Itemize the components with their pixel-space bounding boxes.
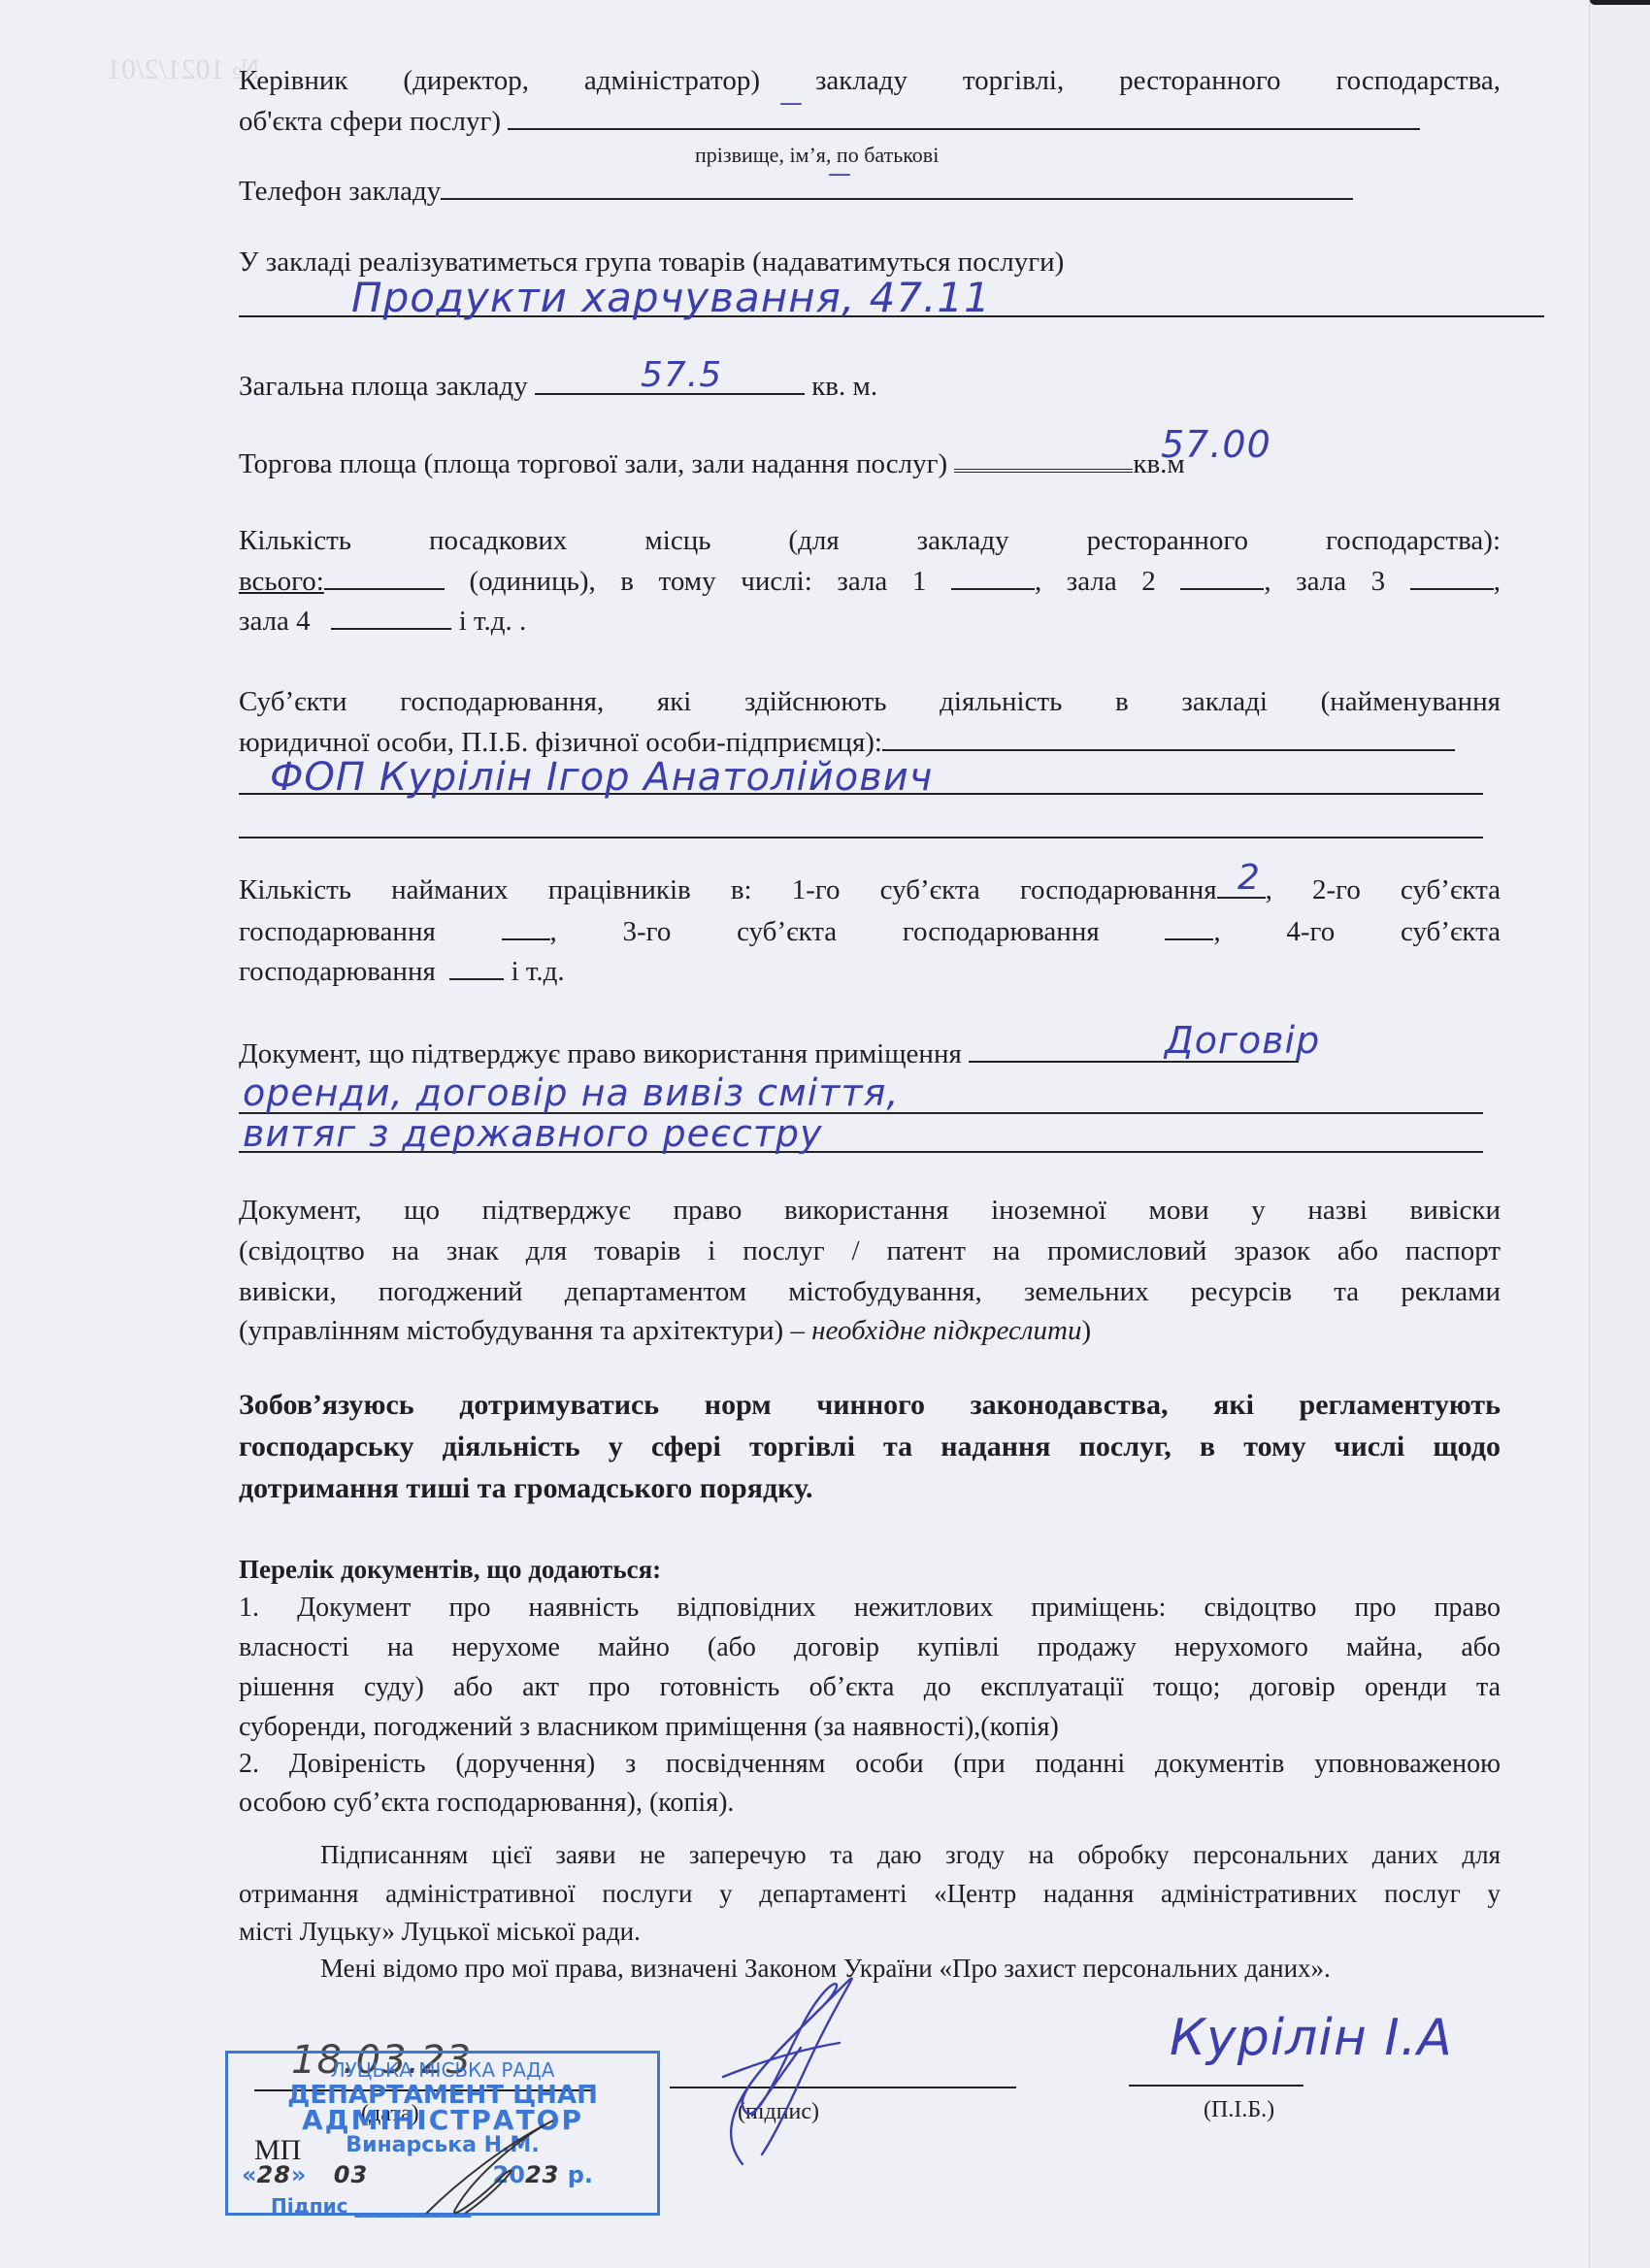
foreign-instruction: необхідне підкреслити	[811, 1315, 1081, 1346]
premises-doc-value-1: Договір	[1165, 1019, 1320, 1062]
manager-value: —	[779, 89, 804, 116]
manager-field[interactable]	[508, 103, 1420, 130]
foreign-line2: (свідоцтво на знак для товарів і послуг …	[239, 1232, 1501, 1270]
seats-hall2-label: , зала 2	[1035, 566, 1156, 597]
goods-value: Продукти харчування, 47.11	[351, 274, 991, 321]
total-area-unit: кв. м.	[811, 371, 877, 402]
consent-line3: місті Луцьку» Луцької міської ради.	[239, 1912, 1501, 1951]
foreign-close-paren: )	[1081, 1315, 1091, 1346]
premises-doc-value-2: оренди, договір на вивіз сміття,	[243, 1071, 899, 1114]
docs-title: Перелік документів, що додаються:	[239, 1550, 1501, 1589]
employees-field-4[interactable]	[449, 953, 504, 980]
seats-hall3-label: , зала 3	[1264, 566, 1385, 597]
stamp-month: 03	[334, 2161, 368, 2188]
phone-value: —	[828, 160, 852, 187]
docs-1-line2: власності на нерухоме майно (або договір…	[239, 1628, 1501, 1667]
name-caption: (П.І.Б.)	[1204, 2090, 1274, 2129]
employees-field-3[interactable]	[1165, 913, 1213, 940]
subjects-label: юридичної особи, П.І.Б. фізичної особи-п…	[239, 727, 882, 758]
subjects-field-1[interactable]	[882, 724, 1455, 751]
phone-field[interactable]	[441, 173, 1353, 200]
stamp-signature-label: Підпис	[271, 2194, 347, 2218]
manager-label-line2: об'єкта сфери послуг)	[239, 102, 1501, 141]
seats-hall3-field[interactable]	[1410, 563, 1494, 590]
seats-units-label: (одиниць), в тому числі: зала 1	[469, 566, 926, 597]
stamp-line1: ЛУЦЬКА МІСЬКА РАДА	[228, 2057, 657, 2083]
name-field-line[interactable]	[1129, 2085, 1303, 2087]
foreign-label: (управлінням містобудування та архітекту…	[239, 1315, 805, 1346]
total-area-row: Загальна площа закладу кв. м.	[239, 367, 1501, 406]
employees-value-1: 2	[1237, 858, 1261, 898]
seats-hall4-label: зала 4	[239, 606, 311, 637]
subjects-line1: Суб’єкти господарювання, які здійснюють …	[239, 682, 1501, 721]
employees-label-2: , 2-го суб’єкта	[1266, 874, 1501, 905]
phone-row: Телефон закладу	[239, 172, 1501, 211]
bleed-through-text: № 1021/2/01	[107, 53, 260, 86]
seats-line2: всього: (одиниць), в тому числі: зала 1 …	[239, 562, 1501, 601]
consent-line1: Підписанням цієї заяви не заперечую та д…	[239, 1835, 1501, 1874]
employees-etc: і т.д.	[511, 956, 565, 987]
employees-label-1: Кількість найманих працівників в: 1-го с…	[239, 874, 1217, 905]
employees-field-2[interactable]	[502, 913, 550, 940]
seats-line1: Кількість посадкових місць (для закладу …	[239, 521, 1501, 560]
pledge-line2: господарську діяльність у сфері торгівлі…	[239, 1428, 1501, 1466]
premises-doc-value-3: витяг з державного реєстру	[243, 1112, 822, 1155]
phone-label: Телефон закладу	[239, 176, 441, 207]
applicant-signature	[684, 1970, 898, 2174]
name-value: Курілін І.А	[1170, 2009, 1453, 2067]
trade-area-label: Торгова площа (площа торгової зали, зали…	[239, 448, 947, 479]
seats-total-label: всього:	[239, 566, 324, 597]
foreign-line1: Документ, що підтверджує право використа…	[239, 1191, 1501, 1230]
pledge-line1: Зобов’язуюсь дотримуватись норм чинного …	[239, 1386, 1501, 1425]
docs-2-line1: 2. Довіреність (доручення) з посвідчення…	[239, 1745, 1501, 1784]
total-area-value: 57.5	[641, 355, 722, 395]
manager-caption: прізвище, ім’я, по батькові	[695, 136, 939, 175]
seats-hall1-field[interactable]	[951, 563, 1035, 590]
seats-etc: і т.д. .	[459, 606, 527, 637]
trade-area-value: 57.00	[1161, 423, 1271, 466]
docs-2-line2: особою суб’єкта господарювання), (копія)…	[239, 1784, 1501, 1823]
docs-1-line3: рішення суду) або акт про готовність об’…	[239, 1668, 1501, 1707]
subjects-value: ФОП Курілін Ігор Анатолійович	[270, 755, 933, 800]
foreign-line4: (управлінням містобудування та архітекту…	[239, 1311, 1501, 1350]
manager-label: об'єкта сфери послуг)	[239, 106, 501, 137]
seats-hall2-field[interactable]	[1180, 563, 1264, 590]
seats-total-field[interactable]	[324, 563, 445, 590]
rights-statement: Мені відомо про мої права, визначені Зак…	[239, 1949, 1582, 1988]
stamp-day: 28	[257, 2161, 291, 2188]
pledge-line3: дотримання тиші та громадського порядку.	[239, 1469, 1501, 1508]
total-area-label: Загальна площа закладу	[239, 371, 528, 402]
docs-1-line4: суборенди, погоджений з власником приміщ…	[239, 1708, 1501, 1747]
subjects-field-3[interactable]	[239, 837, 1483, 838]
trade-area-row: Торгова площа (площа торгової зали, зали…	[239, 444, 1501, 483]
consent-line2: отримання адміністративної послуги у деп…	[239, 1874, 1501, 1913]
stamp-year-unit: р.	[568, 2161, 593, 2188]
manager-label-line1: Керівник (директор, адміністратор) закла…	[239, 61, 1501, 100]
trade-area-field[interactable]	[954, 444, 1133, 473]
employees-line3: господарювання і т.д.	[239, 952, 1501, 991]
employees-line2: господарювання , 3-го суб’єкта господарю…	[239, 912, 1501, 951]
employees-label-5: , 4-го суб’єкта	[1213, 916, 1501, 947]
docs-1-line1: 1. Документ про наявність відповідних не…	[239, 1589, 1501, 1627]
scanner-edge	[1590, 0, 1650, 5]
foreign-line3: вивіски, погоджений департаментом містоб…	[239, 1272, 1501, 1311]
employees-line1: Кількість найманих працівників в: 1-го с…	[239, 871, 1501, 909]
seats-hall4-field[interactable]	[331, 603, 451, 630]
administrator-signature	[417, 2116, 563, 2222]
employees-label-3: господарювання	[239, 916, 436, 947]
employees-label-4: , 3-го суб’єкта господарювання	[550, 916, 1100, 947]
seats-line3: зала 4 і т.д. .	[239, 602, 1501, 641]
employees-label-6: господарювання	[239, 956, 436, 987]
premises-doc-label: Документ, що підтверджує право використа…	[239, 1038, 962, 1069]
